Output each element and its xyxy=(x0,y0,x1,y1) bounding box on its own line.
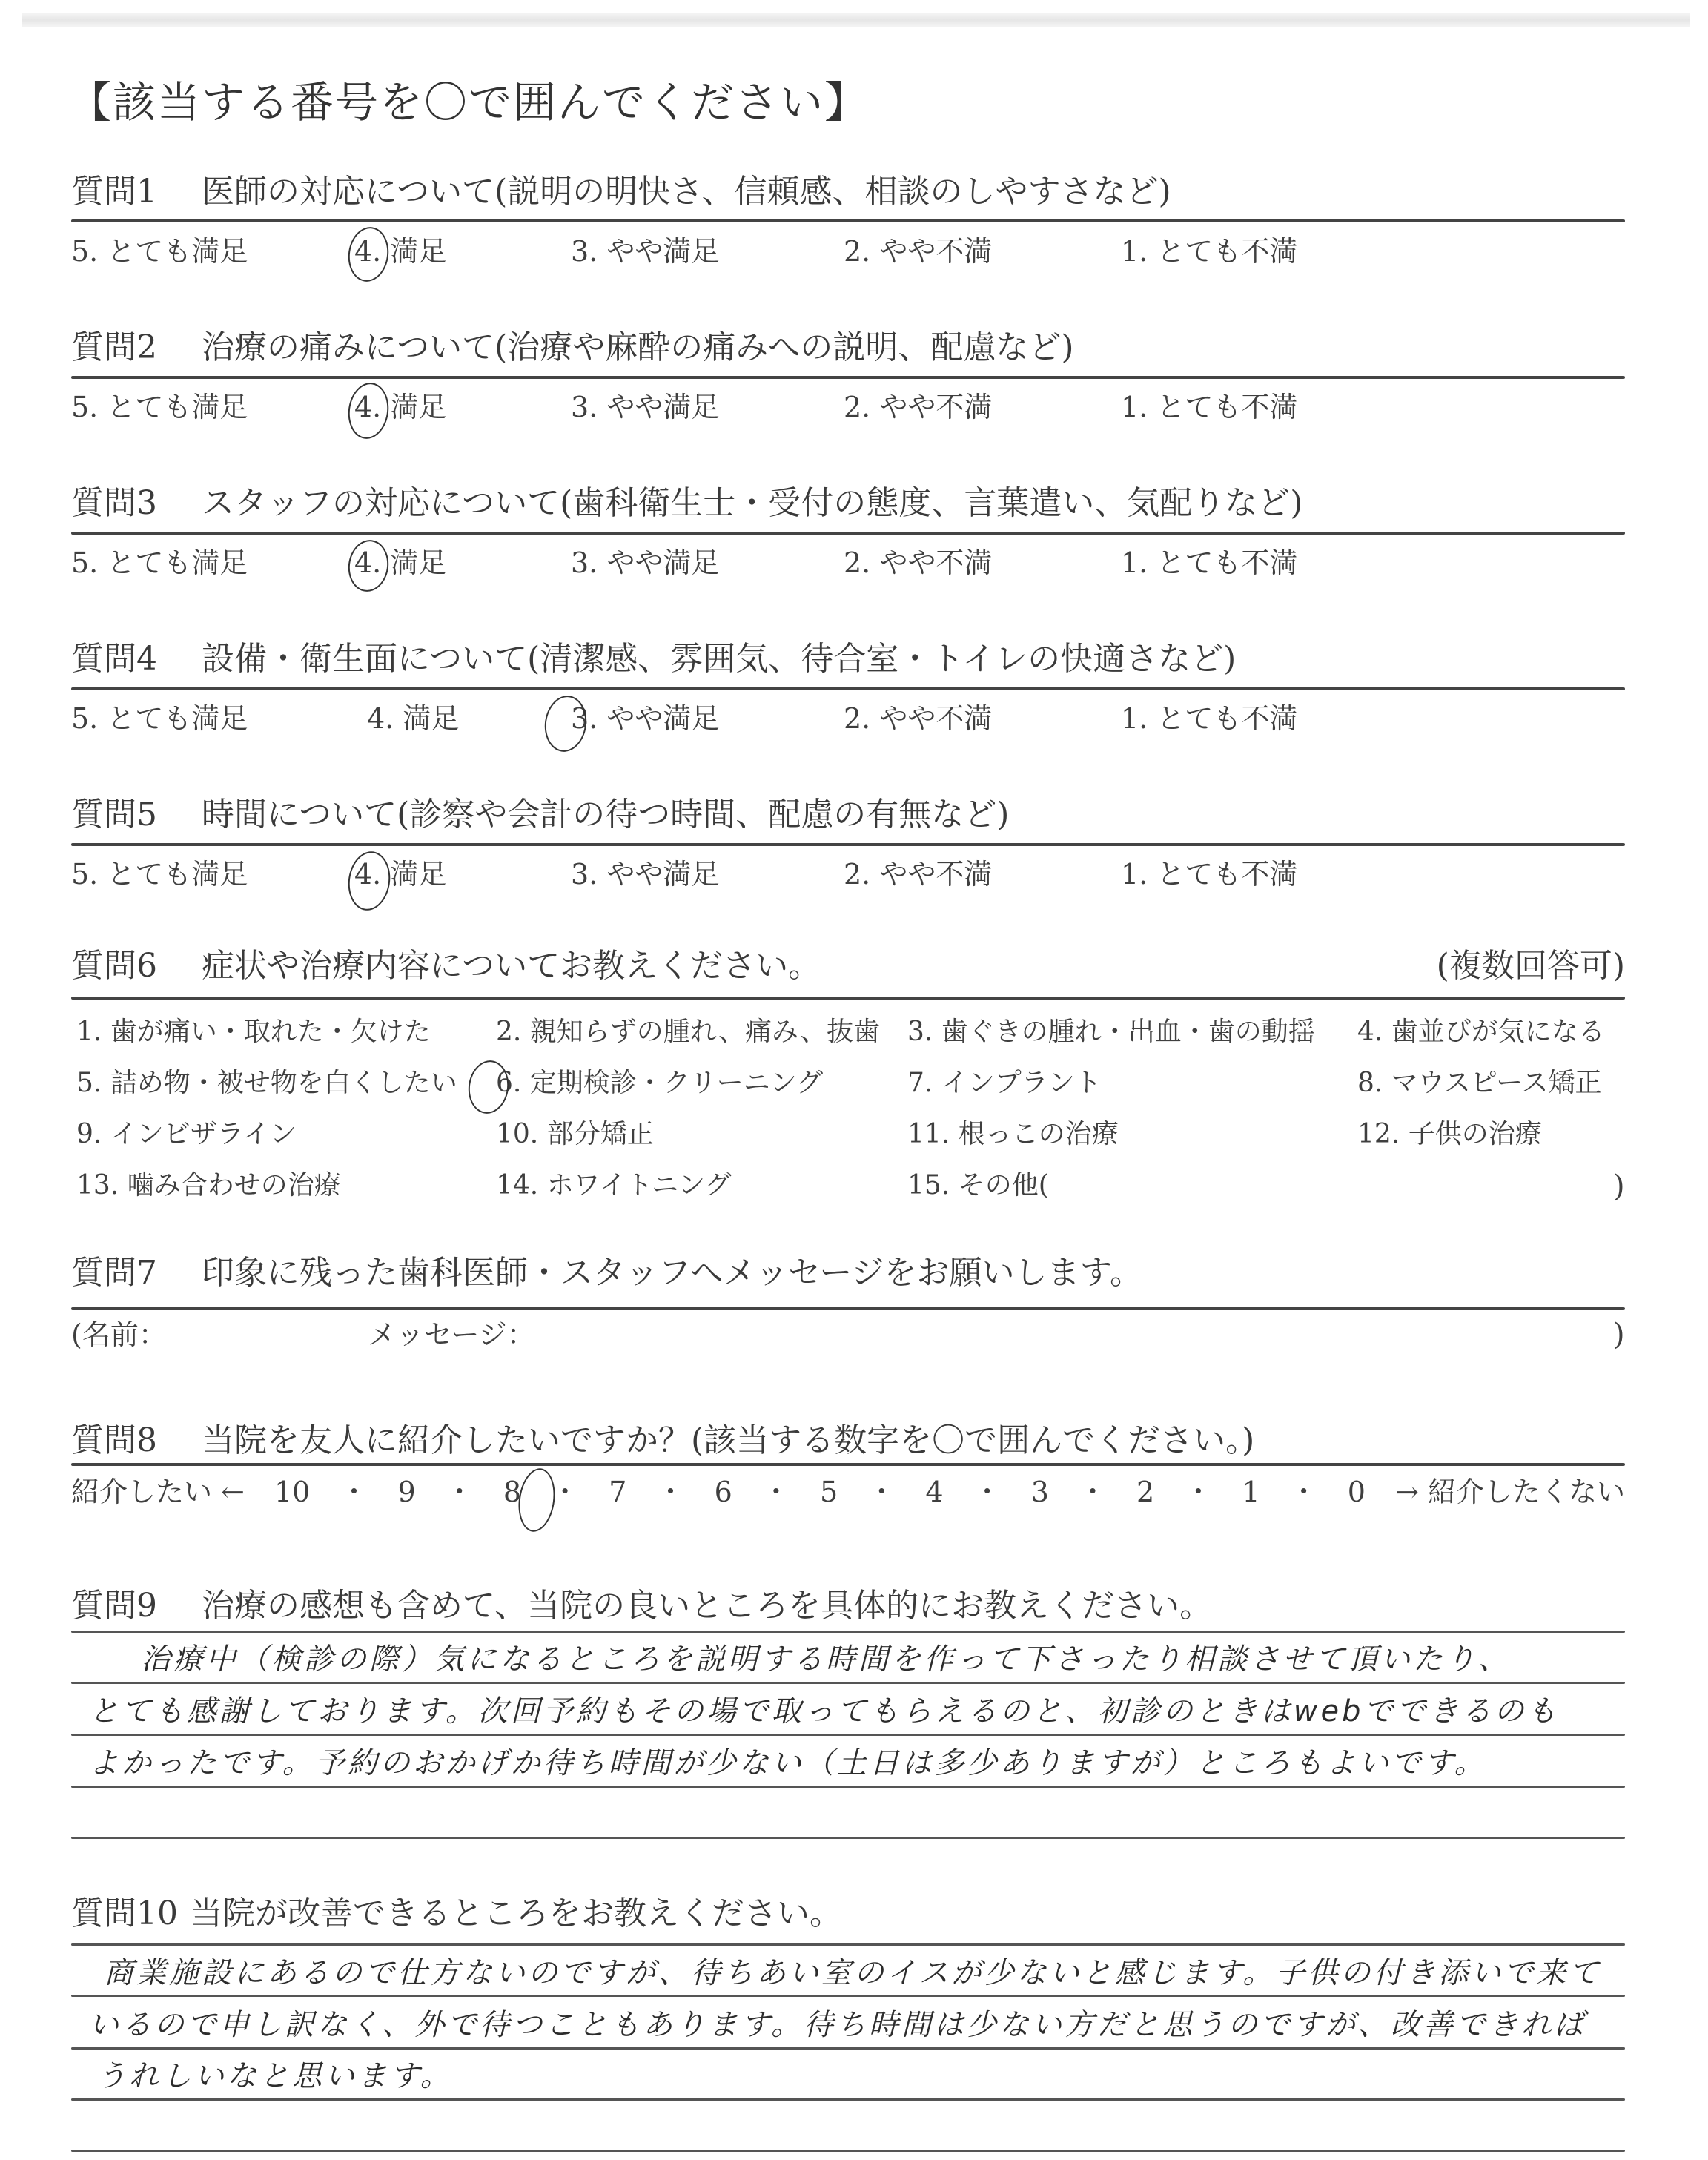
question-2-text: 治療の痛みについて(治療や麻酔の痛みへの説明、配慮など) xyxy=(202,328,1074,366)
q2-option-2[interactable]: 2. やや不満 xyxy=(844,389,992,425)
question-8-heading: 質問8当院を友人に紹介したいですか？(該当する数字を〇で囲んでください。) xyxy=(71,1420,1254,1462)
q4-option-4[interactable]: 4. 満足 xyxy=(367,701,459,736)
question-9-rule xyxy=(71,1631,1625,1633)
question-9-heading: 質問9治療の感想も含めて、当院の良いところを具体的にお教えください。 xyxy=(71,1585,1212,1627)
question-6-heading: 質問6症状や治療内容についてお教えください。 xyxy=(71,945,821,987)
q6-item-15[interactable]: 15. その他( xyxy=(907,1169,1049,1203)
q10-answer-rule-3 xyxy=(71,2098,1625,2101)
question-2-label: 質問2 xyxy=(71,327,202,369)
q10-answer-rule-1 xyxy=(71,1995,1625,1997)
q6-item-12[interactable]: 12. 子供の治療 xyxy=(1357,1117,1542,1152)
scale-dot: ・ xyxy=(657,1474,685,1510)
question-4-text: 設備・衛生面について(清潔感、雰囲気、待合室・トイレの快適さなど) xyxy=(202,640,1236,678)
q10-answer-line-2[interactable]: いるので申し訳なく、外で待つこともあります。待ち時間は少ない方だと思うのですが、… xyxy=(89,2006,1623,2044)
q1-option-5[interactable]: 5. とても満足 xyxy=(71,234,248,269)
question-9-text: 治療の感想も含めて、当院の良いところを具体的にお教えください。 xyxy=(202,1587,1212,1625)
q5-option-3[interactable]: 3. やや満足 xyxy=(571,856,719,892)
q6-item-2[interactable]: 2. 親知らずの腫れ、痛み、抜歯 xyxy=(496,1015,880,1049)
q1-option-1[interactable]: 1. とても不満 xyxy=(1121,234,1297,269)
question-1-text: 医師の対応について(説明の明快さ、信頼感、相談のしやすさなど) xyxy=(202,173,1171,211)
question-5-heading: 質問5時間について(診察や会計の待つ時間、配慮の有無など) xyxy=(71,794,1009,836)
scale-5[interactable]: 5 xyxy=(820,1474,838,1510)
q9-answer-rule-3 xyxy=(71,1786,1625,1788)
q5-option-5[interactable]: 5. とても満足 xyxy=(71,856,248,892)
q6-item-1[interactable]: 1. 歯が痛い・取れた・欠けた xyxy=(76,1015,431,1049)
scale-dot: ・ xyxy=(1290,1474,1318,1510)
q5-option-2[interactable]: 2. やや不満 xyxy=(844,856,992,892)
question-5-label: 質問5 xyxy=(71,794,202,836)
question-6-rule xyxy=(71,997,1625,1000)
question-4-heading: 質問4設備・衛生面について(清潔感、雰囲気、待合室・トイレの快適さなど) xyxy=(71,638,1236,680)
scale-dot: ・ xyxy=(973,1474,1002,1510)
q3-option-3[interactable]: 3. やや満足 xyxy=(571,545,719,581)
q6-item-3[interactable]: 3. 歯ぐきの腫れ・出血・歯の動揺 xyxy=(907,1015,1315,1049)
q10-answer-rule-4 xyxy=(71,2150,1625,2152)
q6-item-9[interactable]: 9. インビザライン xyxy=(76,1117,297,1152)
q3-option-2[interactable]: 2. やや不満 xyxy=(844,545,992,581)
question-5-text: 時間について(診察や会計の待つ時間、配慮の有無など) xyxy=(202,796,1009,833)
q4-option-5[interactable]: 5. とても満足 xyxy=(71,701,248,736)
q2-option-1[interactable]: 1. とても不満 xyxy=(1121,389,1297,425)
q4-option-1[interactable]: 1. とても不満 xyxy=(1121,701,1297,736)
scale-3[interactable]: 3 xyxy=(1031,1474,1049,1510)
question-10-heading: 質問10当院が改善できるところをお教えください。 xyxy=(71,1893,842,1935)
scale-left-label: 紹介したい ← xyxy=(71,1474,245,1510)
question-5-rule xyxy=(71,843,1625,846)
question-7-heading: 質問7印象に残った歯科医師・スタッフへメッセージをお願いします。 xyxy=(71,1252,1142,1294)
q6-item-14[interactable]: 14. ホワイトニング xyxy=(496,1169,731,1203)
question-6-text: 症状や治療内容についてお教えください。 xyxy=(202,947,821,985)
question-7-text: 印象に残った歯科医師・スタッフへメッセージをお願いします。 xyxy=(202,1254,1142,1292)
question-4-rule xyxy=(71,687,1625,690)
q1-option-2[interactable]: 2. やや不満 xyxy=(844,234,992,269)
question-10-label: 質問10 xyxy=(71,1893,190,1935)
scale-9[interactable]: 9 xyxy=(398,1474,416,1510)
question-8-rule xyxy=(71,1463,1625,1466)
q4-option-2[interactable]: 2. やや不満 xyxy=(844,701,992,736)
question-4-label: 質問4 xyxy=(71,638,202,680)
scale-dot: ・ xyxy=(551,1474,579,1510)
question-2-heading: 質問2治療の痛みについて(治療や麻酔の痛みへの説明、配慮など) xyxy=(71,327,1074,369)
q7-message-field[interactable] xyxy=(563,1317,1586,1353)
q4-option-3[interactable]: 3. やや満足 xyxy=(571,701,719,736)
question-8-text: 当院を友人に紹介したいですか？(該当する数字を〇で囲んでください。) xyxy=(202,1421,1254,1459)
q1-option-3[interactable]: 3. やや満足 xyxy=(571,234,719,269)
q6-item-4[interactable]: 4. 歯並びが気になる xyxy=(1357,1015,1605,1049)
scale-2[interactable]: 2 xyxy=(1136,1474,1154,1510)
question-8-label: 質問8 xyxy=(71,1420,202,1462)
page-title: 【該当する番号を〇で囲んでください】 xyxy=(68,74,869,131)
question-6-label: 質問6 xyxy=(71,945,202,987)
question-2-rule xyxy=(71,376,1625,379)
scale-dot: ・ xyxy=(340,1474,368,1510)
q3-option-1[interactable]: 1. とても不満 xyxy=(1121,545,1297,581)
scale-right-label: → 紹介したくない xyxy=(1395,1474,1625,1510)
scale-dot: ・ xyxy=(867,1474,896,1510)
scale-dot: ・ xyxy=(762,1474,790,1510)
scan-top-edge xyxy=(22,13,1690,27)
q9-answer-line-2[interactable]: とても感謝しております。次回予約もその場で取ってもらえるのと、初診のときはweb… xyxy=(89,1692,1623,1731)
q7-close-paren: ) xyxy=(1613,1317,1625,1353)
question-10-text: 当院が改善できるところをお教えください。 xyxy=(190,1895,842,1932)
q6-item-13[interactable]: 13. 噛み合わせの治療 xyxy=(76,1169,341,1203)
question-7-label: 質問7 xyxy=(71,1252,202,1294)
q2-option-3[interactable]: 3. やや満足 xyxy=(571,389,719,425)
q10-answer-line-1[interactable]: 商業施設にあるので仕方ないのですが、待ちあい室のイスが少ないと感じます。子供の付… xyxy=(89,1954,1638,1992)
q10-answer-line-3[interactable]: うれしいなと思います。 xyxy=(89,2057,1631,2095)
question-7-rule xyxy=(71,1307,1625,1310)
scale-dot: ・ xyxy=(446,1474,474,1510)
q9-answer-line-1[interactable]: 治療中（検診の際）気になるところを説明する時間を作って下さったり相談させて頂いた… xyxy=(89,1640,1675,1679)
scale-7[interactable]: 7 xyxy=(609,1474,626,1510)
question-1-rule xyxy=(71,219,1625,222)
question-1-heading: 質問1医師の対応について(説明の明快さ、信頼感、相談のしやすさなど) xyxy=(71,171,1171,213)
question-10-rule xyxy=(71,1943,1625,1946)
q9-answer-rule-1 xyxy=(71,1682,1625,1684)
scale-1[interactable]: 1 xyxy=(1242,1474,1260,1510)
q10-answer-rule-2 xyxy=(71,2047,1625,2050)
scale-dot: ・ xyxy=(1079,1474,1107,1510)
scale-10[interactable]: 10 xyxy=(274,1474,310,1510)
q9-answer-rule-4 xyxy=(71,1837,1625,1839)
q2-option-5[interactable]: 5. とても満足 xyxy=(71,389,248,425)
scale-0[interactable]: 0 xyxy=(1348,1474,1366,1510)
q7-name-label: (名前： xyxy=(71,1317,167,1353)
q6-item-11[interactable]: 11. 根っこの治療 xyxy=(907,1117,1119,1152)
q5-option-1[interactable]: 1. とても不満 xyxy=(1121,856,1297,892)
question-3-label: 質問3 xyxy=(71,483,202,524)
q6-item-10[interactable]: 10. 部分矯正 xyxy=(496,1117,654,1152)
q9-answer-rule-2 xyxy=(71,1734,1625,1736)
multiple-answers-note: (複数回答可) xyxy=(1437,945,1625,987)
q9-answer-line-3[interactable]: よかったです。予約のおかげか待ち時間が少ない（土日は多少ありますが）ところもよい… xyxy=(89,1744,1623,1783)
question-9-label: 質問9 xyxy=(71,1585,202,1627)
question-3-heading: 質問3スタッフの対応について(歯科衛生士・受付の態度、言葉遣い、気配りなど) xyxy=(71,483,1302,524)
q7-name-field[interactable] xyxy=(200,1317,348,1353)
q6-item-8[interactable]: 8. マウスピース矯正 xyxy=(1357,1066,1601,1100)
q6-item-5[interactable]: 5. 詰め物・被せ物を白くしたい xyxy=(76,1066,457,1100)
q3-option-5[interactable]: 5. とても満足 xyxy=(71,545,248,581)
scale-4[interactable]: 4 xyxy=(925,1474,943,1510)
q7-message-label: メッセージ： xyxy=(368,1317,535,1353)
question-3-text: スタッフの対応について(歯科衛生士・受付の態度、言葉遣い、気配りなど) xyxy=(202,484,1302,522)
q6-item-7[interactable]: 7. インプラント xyxy=(907,1066,1102,1100)
recommend-scale: 紹介したい ← 10 ・ 9 ・ 8 ・ 7 ・ 6 ・ 5 ・ 4 ・ 3 ・… xyxy=(71,1474,1625,1510)
q6-other-close-paren: ) xyxy=(1613,1169,1625,1204)
scale-dot: ・ xyxy=(1184,1474,1212,1510)
question-3-rule xyxy=(71,532,1625,535)
scale-6[interactable]: 6 xyxy=(715,1474,732,1510)
q6-item-6[interactable]: 6. 定期検診・クリーニング xyxy=(496,1066,823,1100)
question-1-label: 質問1 xyxy=(71,171,202,213)
